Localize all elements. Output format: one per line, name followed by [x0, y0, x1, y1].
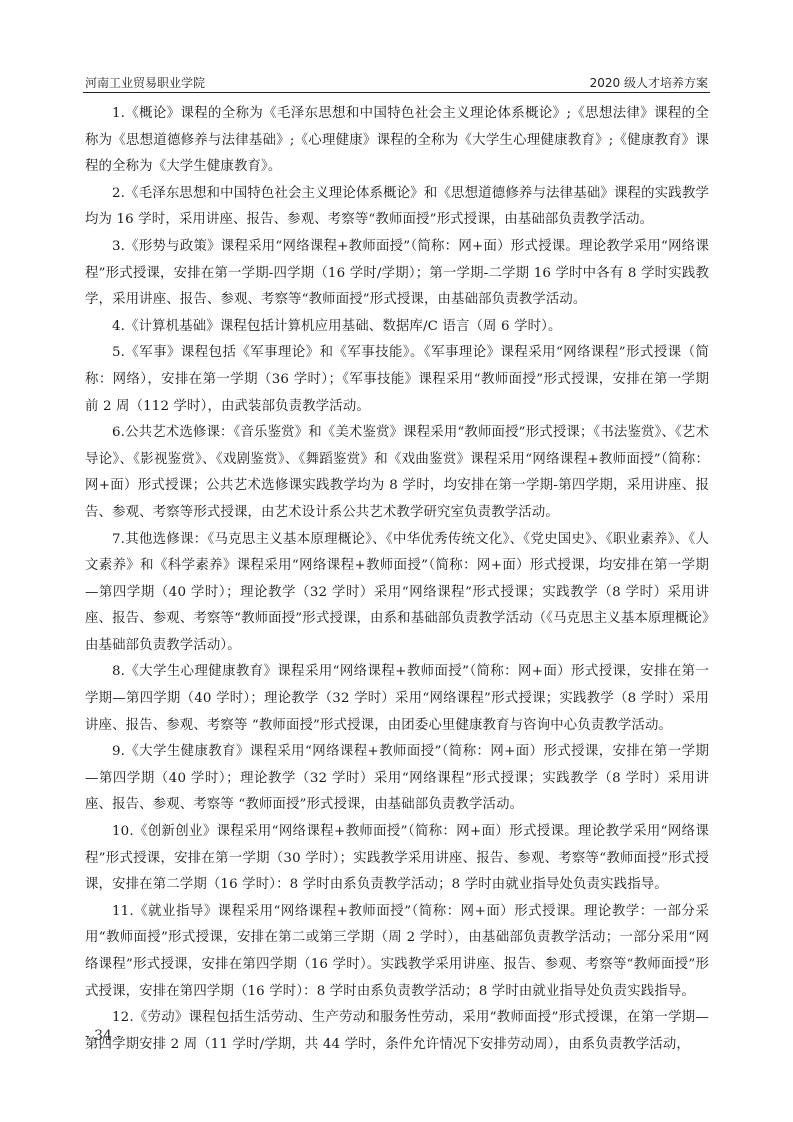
paragraph-note-8: 8.《大学生心理健康教育》课程采用“网络课程+教师面授”（简称：网+面）形式授课… — [85, 659, 709, 739]
header-institution: 河南工业贸易职业学院 — [85, 74, 205, 91]
paragraph-note-11: 11.《就业指导》课程采用“网络课程+教师面授”（简称：网+面）形式授课。理论教… — [85, 899, 709, 1005]
paragraph-note-7: 7.其他选修课：《马克思主义基本原理概论》、《中华优秀传统文化》、《党史国史》、… — [85, 527, 709, 660]
paragraph-note-12: 12.《劳动》课程包括生活劳动、生产劳动和服务性劳动，采用“教师面授”形式授课，… — [85, 1005, 709, 1058]
document-body: 1.《概论》课程的全称为《毛泽东思想和中国特色社会主义理论体系概论》;《思想法律… — [85, 101, 709, 1058]
paragraph-note-9: 9.《大学生健康教育》课程采用“网络课程+教师面授”（简称：网+面）形式授课，安… — [85, 739, 709, 819]
page-header: 河南工业贸易职业学院 2020 级人才培养方案 — [83, 74, 710, 93]
paragraph-note-5: 5.《军事》课程包括《军事理论》和《军事技能》。《军事理论》课程采用“网络课程”… — [85, 340, 709, 420]
paragraph-note-10: 10.《创新创业》课程采用“网络课程+教师面授”（简称：网+面）形式授课。理论教… — [85, 819, 709, 899]
page-number: - 34 - — [85, 1028, 121, 1044]
paragraph-note-3: 3.《形势与政策》课程采用“网络课程+教师面授”（简称：网+面）形式授课。理论教… — [85, 234, 709, 314]
header-document-title: 2020 级人才培养方案 — [590, 74, 708, 91]
paragraph-note-2: 2.《毛泽东思想和中国特色社会主义理论体系概论》和《思想道德修养与法律基础》课程… — [85, 181, 709, 234]
paragraph-note-6: 6.公共艺术选修课：《音乐鉴赏》和《美术鉴赏》课程采用“教师面授”形式授课；《书… — [85, 420, 709, 526]
paragraph-note-4: 4.《计算机基础》课程包括计算机应用基础、数据库/C 语言（周 6 学时）。 — [85, 314, 709, 341]
paragraph-note-1: 1.《概论》课程的全称为《毛泽东思想和中国特色社会主义理论体系概论》;《思想法律… — [85, 101, 709, 181]
